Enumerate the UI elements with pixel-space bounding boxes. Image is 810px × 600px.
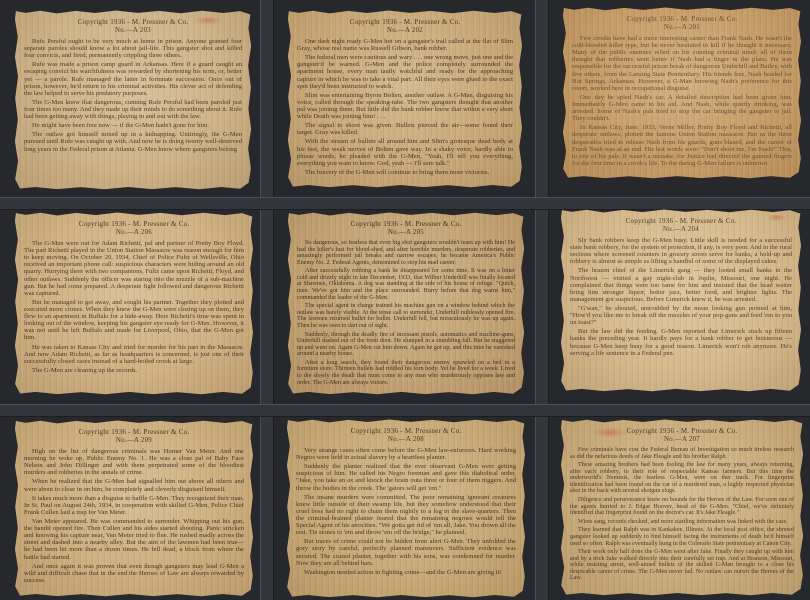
card-paragraph: And once again it was proven that even t…	[24, 563, 244, 584]
trading-card-a204: Copyright 1936 - M. Pressner & Co. No.—A…	[560, 209, 802, 392]
trading-card-a202: Copyright 1936 - M. Pressner & Co. No.—A…	[287, 10, 523, 188]
trading-card-a206: Copyright 1936 - M. Pressner & Co. No.—A…	[14, 212, 254, 395]
card-number: No.—A 205	[297, 229, 515, 236]
card-paragraph: Few crooks have had a more interesting c…	[572, 35, 792, 92]
card-paragraph: They learned that Ralph was in Kankakee,…	[570, 527, 794, 547]
card-paragraph: Slim was entertaining Byron Bolten, anot…	[297, 92, 513, 120]
card-paragraph: In Kansas City, June, 1933, Verne Miller…	[572, 124, 792, 167]
card-paragraph: The G-Men are cleaning up the records.	[24, 367, 244, 374]
card-paragraph: Very strange cases often come before the…	[296, 447, 516, 461]
trading-card-a208: Copyright 1936 - M. Pressner & Co. No.—A…	[286, 419, 526, 598]
card-paragraph: High on the list of dangerous criminals …	[24, 448, 244, 476]
card-story-text: Few criminals have cost the Federal Bure…	[570, 447, 794, 582]
card-number: No.—A 208	[296, 436, 516, 443]
card-paragraph: Diligence and perseverance knew no bound…	[570, 497, 794, 517]
card-paragraph: The federal men were cautious and wary .…	[297, 54, 513, 90]
card-paragraph: Their work only half done the G-Men went…	[570, 549, 794, 582]
tray-divider-vertical	[535, 0, 549, 600]
card-copyright-line: Copyright 1936 - M. Pressner & Co.	[296, 427, 516, 435]
card-paragraph: Rufe Persful ought to be very much at ho…	[24, 38, 242, 59]
card-paragraph: It takes much more than a disguise to ba…	[24, 495, 244, 516]
card-paragraph: The signal to shoot was given. Bullets p…	[297, 122, 513, 136]
trading-card-a201: Copyright 1936 - M. Pressner & Co. No.—A…	[562, 7, 802, 179]
card-copyright-line: Copyright 1936 - M. Pressner & Co.	[24, 18, 242, 26]
trading-card-a203: Copyright 1936 - M. Pressner & Co. No.—A…	[14, 10, 252, 190]
card-paragraph: So dangerous, so fearless that even big …	[297, 240, 515, 266]
card-paragraph: He might have been free now — if the G-M…	[24, 122, 242, 129]
card-paragraph: The outlaw got himself mixed up in a kid…	[24, 131, 242, 152]
card-copyright-line: Copyright 1936 - M. Pressner & Co.	[297, 220, 515, 228]
card-paragraph: With the stream of bullets all around hi…	[297, 138, 513, 166]
trading-card-a209: Copyright 1936 - M. Pressner & Co. No.—A…	[14, 420, 254, 597]
card-copyright-line: Copyright 1936 - M. Pressner & Co.	[24, 220, 244, 228]
card-story-text: The G-Men were out for Adam Richetti, pa…	[24, 240, 244, 374]
card-copyright-line: Copyright 1936 - M. Pressner & Co.	[572, 15, 792, 23]
card-paragraph: But the law did the feeding. G-Men repor…	[570, 328, 792, 356]
card-copyright-line: Copyright 1936 - M. Pressner & Co.	[570, 217, 792, 225]
card-paragraph: "G'wan," he shouted, untroubled by the m…	[570, 305, 792, 326]
card-number: No.—A 201	[572, 24, 792, 31]
card-number: No.—A 202	[297, 27, 513, 34]
card-paragraph: Wires sang, records checked, and more st…	[570, 519, 794, 526]
tray-divider-vertical	[260, 0, 274, 600]
card-paragraph: The special agent in charge trained his …	[297, 303, 515, 329]
trading-card-a207: Copyright 1936 - M. Pressner & Co. No.—A…	[560, 419, 804, 596]
card-story-text: Few crooks have had a more interesting c…	[572, 35, 792, 167]
card-paragraph: One day he spied Nash's car. A detailed …	[572, 94, 792, 122]
card-story-text: Rufe Persful ought to be very much at ho…	[24, 38, 242, 153]
card-paragraph: The G-Men knew that dangerous, cunning R…	[24, 99, 242, 120]
card-number: No.—A 204	[570, 226, 792, 233]
card-copyright-line: Copyright 1936 - M. Pressner & Co.	[297, 18, 513, 26]
card-paragraph: After successfully robbing a bank he dis…	[297, 268, 515, 301]
trading-card-a205: Copyright 1936 - M. Pressner & Co. No.—A…	[287, 212, 525, 395]
card-paragraph: The bravery of the G-Men will continue t…	[297, 169, 513, 176]
card-story-text: Very strange cases often come before the…	[296, 447, 516, 576]
card-paragraph: The G-Men were out for Adam Richetti, pa…	[24, 240, 244, 297]
card-paragraph: But traces of crime could not be hidden …	[296, 538, 516, 566]
card-paragraph: When he realized that the G-Men had sign…	[24, 478, 244, 492]
tray-divider-horizontal	[0, 404, 810, 417]
card-paragraph: Sly bank robbers keep the G-Men busy. Li…	[570, 237, 792, 265]
card-paragraph: Suddenly, through the deadly fire of inc…	[297, 332, 515, 358]
card-paragraph: The insane murders were committed. The p…	[296, 494, 516, 537]
card-paragraph: Few criminals have cost the Federal Bure…	[570, 447, 794, 460]
card-paragraph: Van Meter appeared. He was commanded to …	[24, 518, 244, 561]
card-number: No.—A 203	[24, 27, 242, 34]
card-number: No.—A 209	[24, 437, 244, 444]
card-tray-background: Copyright 1936 - M. Pressner & Co. No.—A…	[0, 0, 810, 600]
tray-divider-horizontal	[0, 197, 810, 210]
card-paragraph: After a long search, they found their da…	[297, 360, 515, 386]
card-paragraph: These amazing brothers had been fooling …	[570, 462, 794, 495]
card-story-text: So dangerous, so fearless that even big …	[297, 240, 515, 386]
card-story-text: Sly bank robbers keep the G-Men busy. Li…	[570, 237, 792, 357]
card-paragraph: Rufe was made a prison camp guard in Ark…	[24, 61, 242, 97]
card-number: No.—A 207	[570, 436, 794, 443]
card-paragraph: Suddenly the planter realized that the e…	[296, 463, 516, 491]
card-paragraph: But he managed to get away, and sought h…	[24, 299, 244, 342]
card-paragraph: Washington needed action in fighting cri…	[296, 569, 516, 576]
card-number: No.—A 206	[24, 229, 244, 236]
card-paragraph: The brazen chief of the Limerick gang — …	[570, 267, 792, 303]
card-paragraph: He was taken to Kansas City and tried fo…	[24, 344, 244, 365]
card-copyright-line: Copyright 1936 - M. Pressner & Co.	[24, 428, 244, 436]
card-paragraph: One dark night ready G-Men hot on a gang…	[297, 38, 513, 52]
card-story-text: One dark night ready G-Men hot on a gang…	[297, 38, 513, 176]
card-copyright-line: Copyright 1936 - M. Pressner & Co.	[570, 427, 794, 435]
card-story-text: High on the list of dangerous criminals …	[24, 448, 244, 584]
